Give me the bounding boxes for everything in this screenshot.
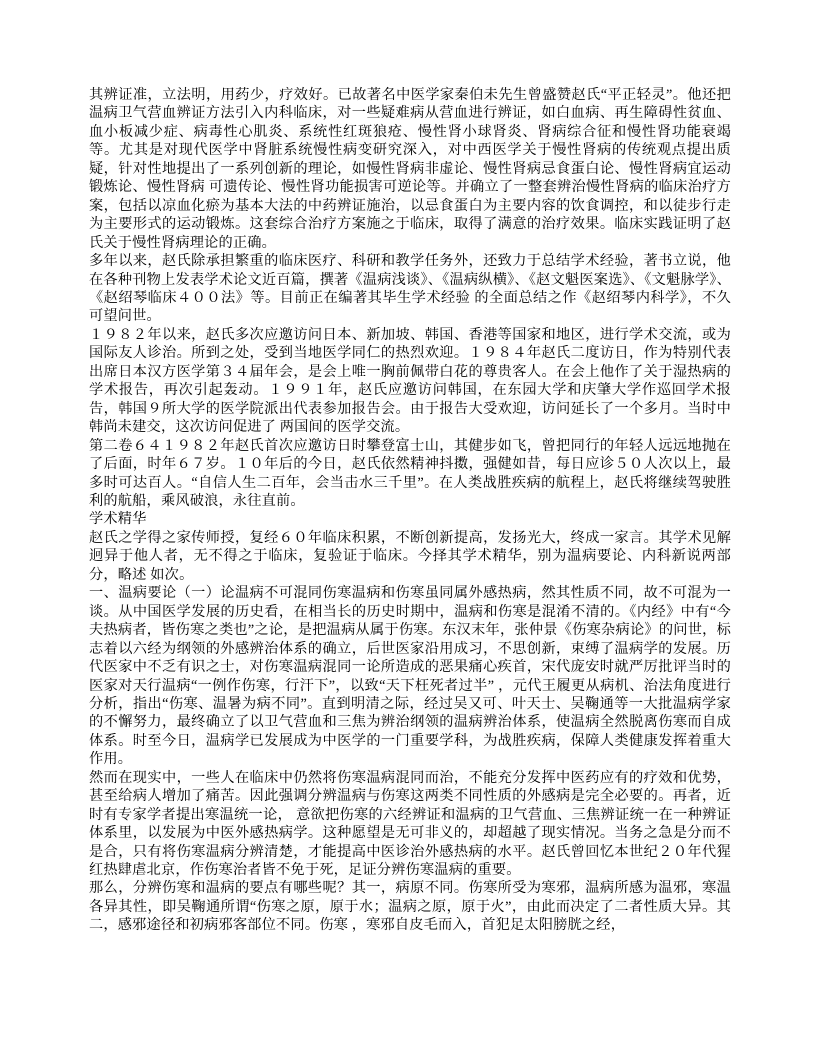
document-body: 其辨证准，立法明，用药少，疗效好。已故著名中医学家秦伯未先生曾盛赞赵氏“平正轻灵… xyxy=(89,86,731,935)
paragraph: 然而在现实中，一些人在临床中仍然将伤寒温病混同而治，不能充分发挥中医药应有的疗效… xyxy=(89,769,731,880)
paragraph: 赵氏之学得之家传师授，复经６０年临床积累，不断创新提高，发扬光大，终成一家言。其… xyxy=(89,529,731,584)
paragraph: 一、温病要论（一）论温病不可混同伤寒温病和伤寒虽同属外感热病，然其性质不同，故不… xyxy=(89,584,731,769)
paragraph: 多年以来，赵氏除承担繁重的临床医疗、科研和教学任务外，还致力于总结学术经验，著书… xyxy=(89,252,731,326)
paragraph: 第二卷６４１９８２年赵氏首次应邀访日时攀登富士山，其健步如飞，曾把同行的年轻人远… xyxy=(89,437,731,511)
document-page: { "page": { "background_color": "#ffffff… xyxy=(0,0,816,1056)
section-heading: 学术精华 xyxy=(89,510,731,528)
paragraph: 其辨证准，立法明，用药少，疗效好。已故著名中医学家秦伯未先生曾盛赞赵氏“平正轻灵… xyxy=(89,86,731,252)
paragraph: １９８２年以来，赵氏多次应邀访问日本、新加坡、韩国、香港等国家和地区，进行学术交… xyxy=(89,326,731,437)
paragraph: 那么，分辨伤寒和温病的要点有哪些呢？其一，病原不同。伤寒所受为寒邪，温病所感为温… xyxy=(89,879,731,934)
